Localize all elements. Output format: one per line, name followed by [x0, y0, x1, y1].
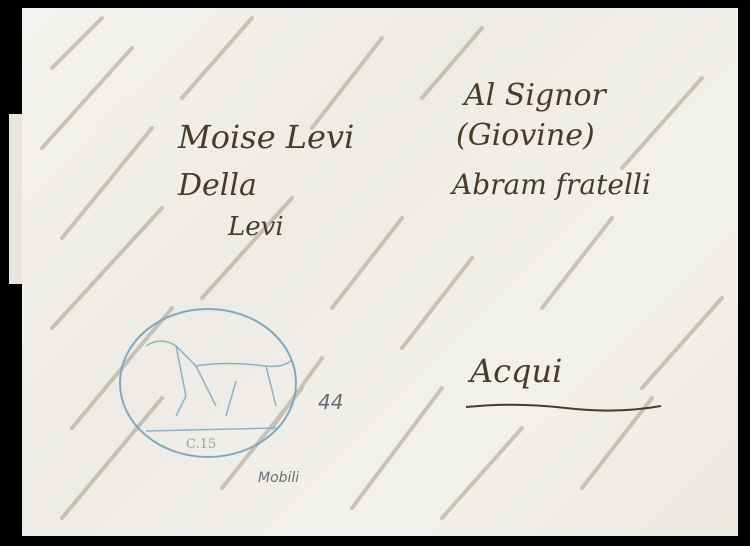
- addressee-line3: Abram fratelli: [452, 168, 651, 201]
- sender-line3: Levi: [228, 212, 284, 242]
- sender-name: Moise Levi: [178, 118, 354, 156]
- sender-line2: Della: [178, 168, 257, 203]
- city-underline: [466, 402, 661, 412]
- letter-sheet: C.15: [22, 8, 738, 536]
- destination-city: Acqui: [470, 352, 562, 390]
- addressee-line2: (Giovine): [456, 118, 595, 153]
- pencil-note-word: Mobili: [258, 470, 299, 486]
- postmark-value: C.15: [186, 437, 216, 452]
- addressee-title: Al Signor: [464, 78, 606, 113]
- postmark-stamp: C.15: [116, 306, 301, 461]
- pencil-note-number: 44: [318, 390, 343, 414]
